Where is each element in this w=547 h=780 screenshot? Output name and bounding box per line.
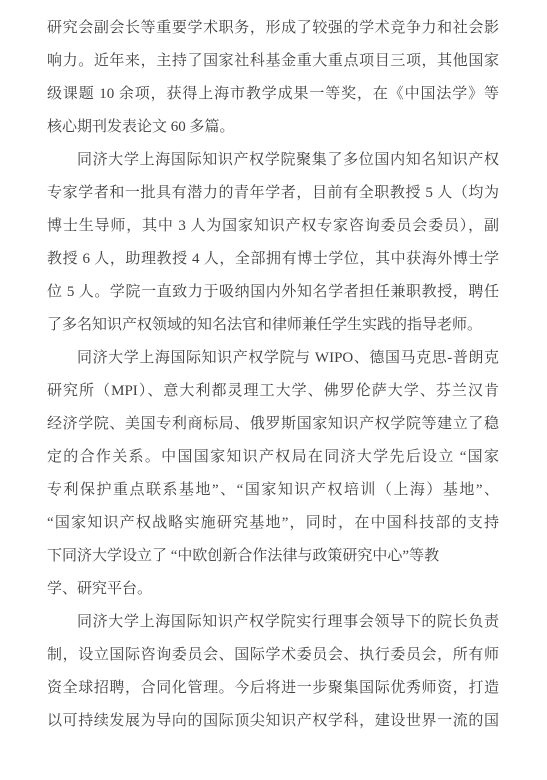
text-line: 同济大学上海国际知识产权学院实行理事会领导下的院长负责 (47, 606, 499, 639)
text-line: 下同济大学设立了 “中欧创新合作法律与政策研究中心”等教 (47, 540, 499, 573)
text-line: 级课题 10 余项，获得上海市教学成果一等奖，在《中国法学》等 (47, 78, 499, 111)
text-line: 同济大学上海国际知识产权学院聚集了多位国内知名知识产权 (47, 144, 499, 177)
text-line: 响力。近年来，主持了国家社科基金重大重点项目三项，其他国家 (47, 45, 499, 78)
text-line: 了多名知识产权领域的知名法官和律师兼任学生实践的指导老师。 (47, 309, 499, 342)
text-line: 以可持续发展为导向的国际顶尖知识产权学科，建设世界一流的国 (47, 705, 499, 738)
text-line: 同济大学上海国际知识产权学院与 WIPO、德国马克思-普朗克 (47, 342, 499, 375)
text-line: 专家学者和一批具有潜力的青年学者，目前有全职教授 5 人（均为 (47, 177, 499, 210)
text-line: 核心期刊发表论文 60 多篇。 (47, 111, 499, 144)
text-line: 资全球招聘，合同化管理。今后将进一步聚集国际优秀师资，打造 (47, 672, 499, 705)
text-line: 专利保护重点联系基地”、“国家知识产权培训（上海）基地”、 (47, 474, 499, 507)
text-line: 经济学院、美国专利商标局、俄罗斯国家知识产权学院等建立了稳 (47, 408, 499, 441)
text-line: 教授 6 人，助理教授 4 人，全部拥有博士学位，其中获海外博士学 (47, 243, 499, 276)
text-line: “国家知识产权战略实施研究基地”，同时，在中国科技部的支持 (47, 507, 499, 540)
text-line: 位 5 人。学院一直致力于吸纳国内外知名学者担任兼职教授，聘任 (47, 276, 499, 309)
text-line: 研究会副会长等重要学术职务，形成了较强的学术竞争力和社会影 (47, 12, 499, 45)
document-content: 研究会副会长等重要学术职务，形成了较强的学术竞争力和社会影响力。近年来，主持了国… (47, 12, 499, 738)
text-line: 制，设立国际咨询委员会、国际学术委员会、执行委员会，所有师 (47, 639, 499, 672)
document-page: 研究会副会长等重要学术职务，形成了较强的学术竞争力和社会影响力。近年来，主持了国… (0, 0, 547, 780)
text-line: 定的合作关系。中国国家知识产权局在同济大学先后设立 “国家 (47, 441, 499, 474)
text-line: 研究所（MPI）、意大利都灵理工大学、佛罗伦萨大学、芬兰汉肯 (47, 375, 499, 408)
text-line: 博士生导师，其中 3 人为国家知识产权专家咨询委员会委员），副 (47, 210, 499, 243)
text-line: 学、研究平台。 (47, 573, 499, 606)
